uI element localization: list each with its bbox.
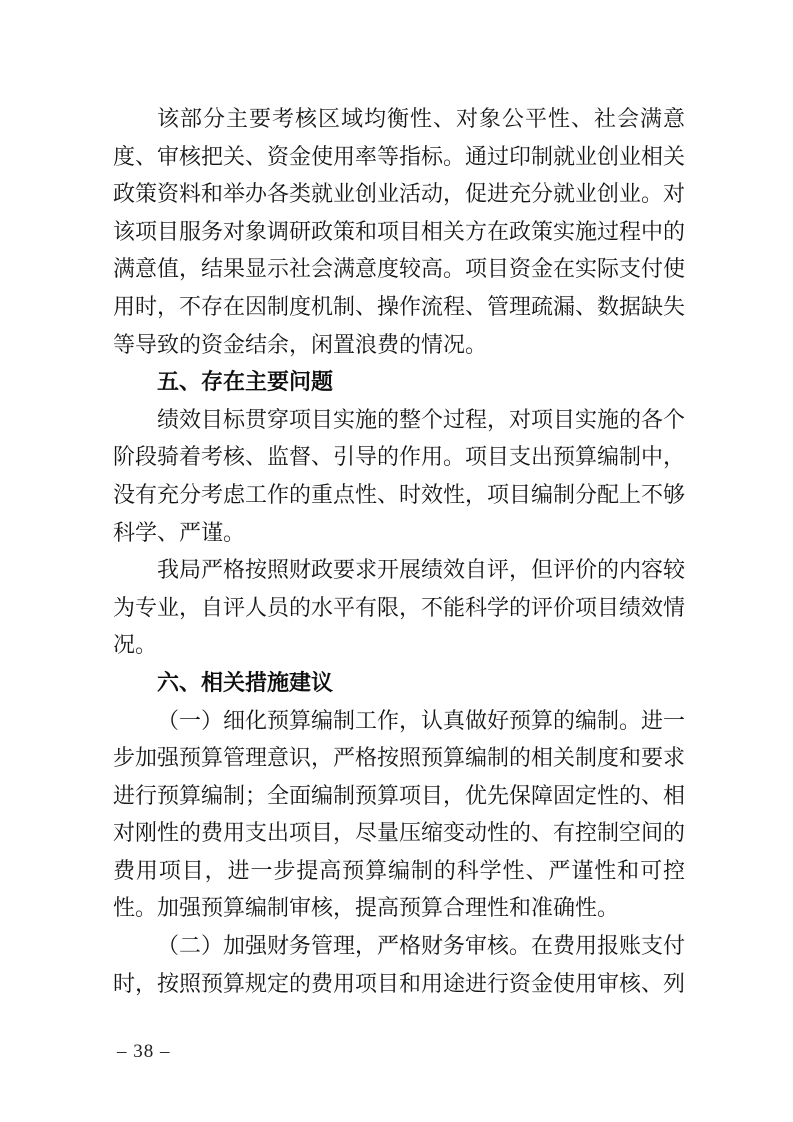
document-page: 该部分主要考核区域均衡性、对象公平性、社会满意度、审核把关、资金使用率等指标。通…: [0, 0, 793, 1122]
paragraph-suggestion-1-budget-refinement: （一）细化预算编制工作，认真做好预算的编制。进一步加强预算管理意识，严格按照预算…: [113, 702, 685, 928]
paragraph-budget-compilation-issues: 绩效目标贯穿项目实施的整个过程，对项目实施的各个阶段骑着考核、监督、引导的作用。…: [113, 401, 685, 551]
page-number: – 38 –: [117, 1040, 171, 1064]
paragraph-performance-indicators: 该部分主要考核区域均衡性、对象公平性、社会满意度、审核把关、资金使用率等指标。通…: [113, 100, 685, 363]
paragraph-self-evaluation-limits: 我局严格按照财政要求开展绩效自评，但评价的内容较为专业，自评人员的水平有限，不能…: [113, 551, 685, 664]
document-body: 该部分主要考核区域均衡性、对象公平性、社会满意度、审核把关、资金使用率等指标。通…: [113, 100, 685, 1002]
paragraph-suggestion-2-financial-management: （二）加强财务管理，严格财务审核。在费用报账支付时，按照预算规定的费用项目和用途…: [113, 927, 685, 1002]
section-heading-main-problems: 五、存在主要问题: [113, 363, 685, 401]
section-heading-suggested-measures: 六、相关措施建议: [113, 664, 685, 702]
